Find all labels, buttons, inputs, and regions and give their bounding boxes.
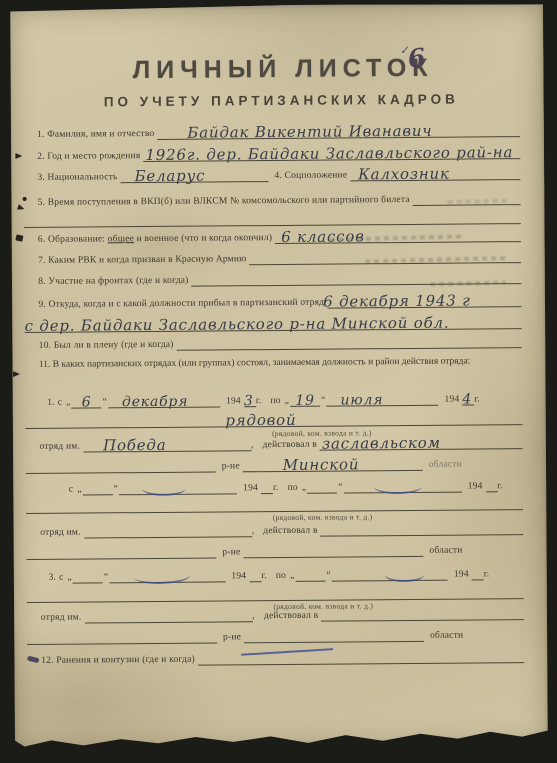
field-4-line: Калхозник [350, 155, 520, 181]
field-3-value: Беларус [134, 167, 205, 185]
printed-rne-label: р-не [222, 547, 243, 558]
field-10-line [177, 323, 522, 351]
field-11-label: 11. В каких партизанских отрядах (или гр… [39, 355, 524, 373]
field-4-label: 4. Соцположение [275, 171, 351, 183]
subtitle-row: ПО УЧЕТУ ПАРТИЗАНСКИХ КАДРОВ [9, 90, 544, 112]
document-paper: ЛИЧНЫЙ ЛИСТОК ✓6 ПО УЧЕТУ ПАРТИЗАНСКИХ К… [8, 3, 549, 751]
entry-2-position-line [26, 485, 523, 514]
field-3-line: Беларус [120, 157, 268, 183]
scan-background: { "header": { "title": "ЛИЧНЫЙ ЛИСТОК", … [0, 0, 557, 763]
margin-mark [15, 234, 23, 241]
field-12-line [198, 638, 525, 666]
entry-2-blank-line [26, 533, 216, 559]
margin-mark [13, 371, 20, 377]
field-12-label: 12. Ранения и контузии (где и когда) [41, 655, 198, 667]
handwritten-number: 6 [406, 43, 427, 74]
form-title: ЛИЧНЫЙ ЛИСТОК [133, 54, 434, 84]
field-10-row: 10. Был ли в плену (где и когда) [39, 324, 522, 352]
title-row: ЛИЧНЫЙ ЛИСТОК [8, 53, 543, 86]
entry-2-region-line [243, 532, 423, 558]
margin-mark [23, 197, 27, 201]
margin-mark [15, 153, 22, 159]
field-3-label: 3. Национальность [37, 172, 120, 184]
pen-stroke [27, 656, 40, 664]
handwritten-mark: ✓6 [399, 43, 427, 73]
form-subtitle: ПО УЧЕТУ ПАРТИЗАНСКИХ КАДРОВ [104, 92, 459, 110]
field-10-label: 10. Был ли в плену (где и когда) [39, 340, 177, 352]
